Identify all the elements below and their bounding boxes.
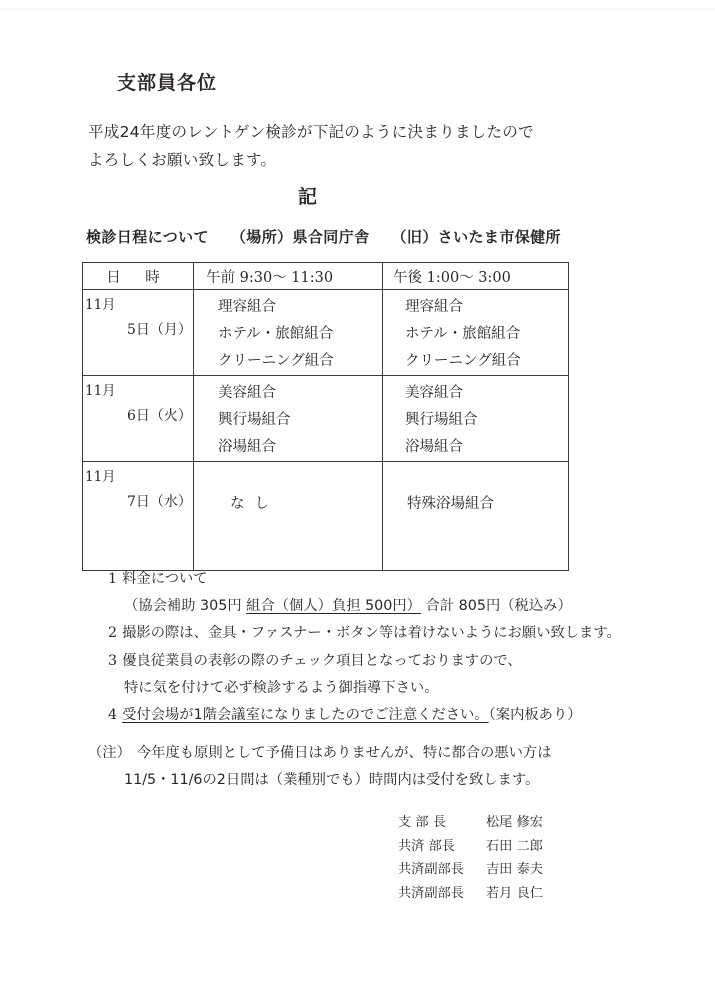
note-text-underlined: 受付会場が1階会議室になりましたのでご注意ください。 — [122, 707, 489, 723]
signature-name: 石田 二郎 — [486, 835, 586, 859]
fee-member-share: 組合（個人）負担 500円） — [246, 598, 421, 614]
schedule-table: 日 時 午前 9:30～ 11:30 午後 1:00～ 3:00 11月 5日（… — [82, 262, 569, 571]
group-name: クリーニング組合 — [218, 348, 382, 375]
date-cell: 11月 6日（火） — [83, 376, 194, 462]
date-month: 11月 — [85, 379, 116, 399]
date-day: 7日（水） — [127, 491, 192, 511]
caution-text: 今年度も原則として予備日はありませんが、特に都合の悪い方は — [137, 745, 552, 761]
note-number: 3 — [108, 653, 117, 669]
am-groups-cell: 美容組合 興行場組合 浴場組合 — [194, 376, 383, 462]
group-name: クリーニング組合 — [405, 348, 568, 375]
note-text-suffix: （案内板あり） — [489, 707, 582, 723]
note-2: 2撮影の際は、金具・ファスナー・ボタン等は着けないようにお願い致します。 — [108, 620, 621, 646]
date-cell: 11月 7日（水） — [83, 462, 194, 571]
caution-line-2: 11/5・11/6の2日間は（業種別でも）時間内は受付を致します。 — [124, 769, 539, 789]
ki-heading: 記 — [298, 182, 317, 209]
group-name: 美容組合 — [405, 380, 568, 407]
note-3-line-2: 特に気を付けて必ず検診するよう御指導下さい。 — [124, 675, 439, 701]
intro-line-1: 平成24年度のレントゲン検診が下記のように決まりましたので — [88, 118, 534, 146]
group-name: 理容組合 — [218, 294, 382, 321]
am-none-cell: なし — [194, 462, 383, 571]
pm-special-cell: 特殊浴場組合 — [383, 462, 569, 571]
note-1-title: 1料金について — [108, 566, 208, 592]
addressee: 支部員各位 — [117, 68, 217, 95]
group-name: 興行場組合 — [218, 407, 382, 434]
header-date: 日 時 — [83, 263, 194, 290]
note-number: 4 — [108, 707, 117, 723]
date-day: 5日（月） — [127, 319, 192, 339]
scan-edge — [0, 8, 715, 11]
group-name: ホテル・旅館組合 — [218, 321, 382, 348]
group-name: 浴場組合 — [405, 434, 568, 461]
schedule-location: （場所）県合同庁舎 — [231, 226, 370, 247]
schedule-title: 検診日程について — [86, 226, 209, 247]
fee-total: 合計 805円（税込み） — [421, 598, 572, 614]
note-text: 優良従業員の表彰の際のチェック項目となっておりますので、 — [122, 653, 522, 669]
table-row: 11月 7日（水） なし 特殊浴場組合 — [83, 462, 569, 571]
date-month: 11月 — [85, 465, 116, 485]
signature-name: 若月 良仁 — [486, 882, 586, 906]
caution-label: （注） — [88, 745, 131, 761]
schedule-heading: 検診日程について（場所）県合同庁舎（旧）さいたま市保健所 — [86, 226, 561, 247]
signature-row: 共済副部長 吉田 泰夫 — [398, 858, 586, 882]
signature-row: 共済副部長 若月 良仁 — [398, 882, 586, 906]
intro-line-2: よろしくお願い致します。 — [88, 146, 534, 174]
signature-name: 吉田 泰夫 — [486, 858, 586, 882]
note-text: 料金について — [122, 571, 208, 587]
am-groups-cell: 理容組合 ホテル・旅館組合 クリーニング組合 — [194, 290, 383, 376]
table-header-row: 日 時 午前 9:30～ 11:30 午後 1:00～ 3:00 — [83, 263, 569, 290]
schedule-former-name: （旧）さいたま市保健所 — [392, 226, 561, 247]
table-row: 11月 6日（火） 美容組合 興行場組合 浴場組合 美容組合 興行場組合 浴場組… — [83, 376, 569, 462]
group-name: 美容組合 — [218, 380, 382, 407]
date-day: 6日（火） — [127, 405, 192, 425]
signature-name: 松尾 修宏 — [486, 811, 586, 835]
header-am: 午前 9:30～ 11:30 — [194, 263, 383, 290]
group-name: 興行場組合 — [405, 407, 568, 434]
group-name: ホテル・旅館組合 — [405, 321, 568, 348]
pm-groups-cell: 理容組合 ホテル・旅館組合 クリーニング組合 — [383, 290, 569, 376]
signature-title: 共済副部長 — [398, 858, 486, 882]
table-row: 11月 5日（月） 理容組合 ホテル・旅館組合 クリーニング組合 理容組合 ホテ… — [83, 290, 569, 376]
caution-line-1: （注）今年度も原則として予備日はありませんが、特に都合の悪い方は — [88, 742, 552, 762]
note-1-detail: （協会補助 305円 組合（個人）負担 500円） 合計 805円（税込み） — [124, 593, 572, 619]
note-number: 1 — [108, 571, 117, 587]
signature-title: 共済副部長 — [398, 882, 486, 906]
note-text: 撮影の際は、金具・ファスナー・ボタン等は着けないようにお願い致します。 — [122, 625, 621, 641]
date-cell: 11月 5日（月） — [83, 290, 194, 376]
note-4: 4受付会場が1階会議室になりましたのでご注意ください。（案内板あり） — [108, 702, 582, 728]
fee-subsidy: （協会補助 305円 — [124, 598, 246, 614]
note-3-line-1: 3優良従業員の表彰の際のチェック項目となっておりますので、 — [108, 648, 522, 674]
signature-title: 支 部 長 — [398, 811, 486, 835]
group-name: 理容組合 — [405, 294, 568, 321]
note-number: 2 — [108, 625, 117, 641]
signature-row: 支 部 長 松尾 修宏 — [398, 811, 586, 835]
document-page: 支部員各位 平成24年度のレントゲン検診が下記のように決まりましたので よろしく… — [0, 0, 715, 1000]
header-pm: 午後 1:00～ 3:00 — [383, 263, 569, 290]
signature-title: 共済 部長 — [398, 835, 486, 859]
pm-groups-cell: 美容組合 興行場組合 浴場組合 — [383, 376, 569, 462]
intro-paragraph: 平成24年度のレントゲン検診が下記のように決まりましたので よろしくお願い致しま… — [88, 118, 534, 174]
signature-row: 共済 部長 石田 二郎 — [398, 835, 586, 859]
date-month: 11月 — [85, 293, 116, 313]
signature-block: 支 部 長 松尾 修宏 共済 部長 石田 二郎 共済副部長 吉田 泰夫 共済副部… — [398, 811, 586, 905]
group-name: 浴場組合 — [218, 434, 382, 461]
